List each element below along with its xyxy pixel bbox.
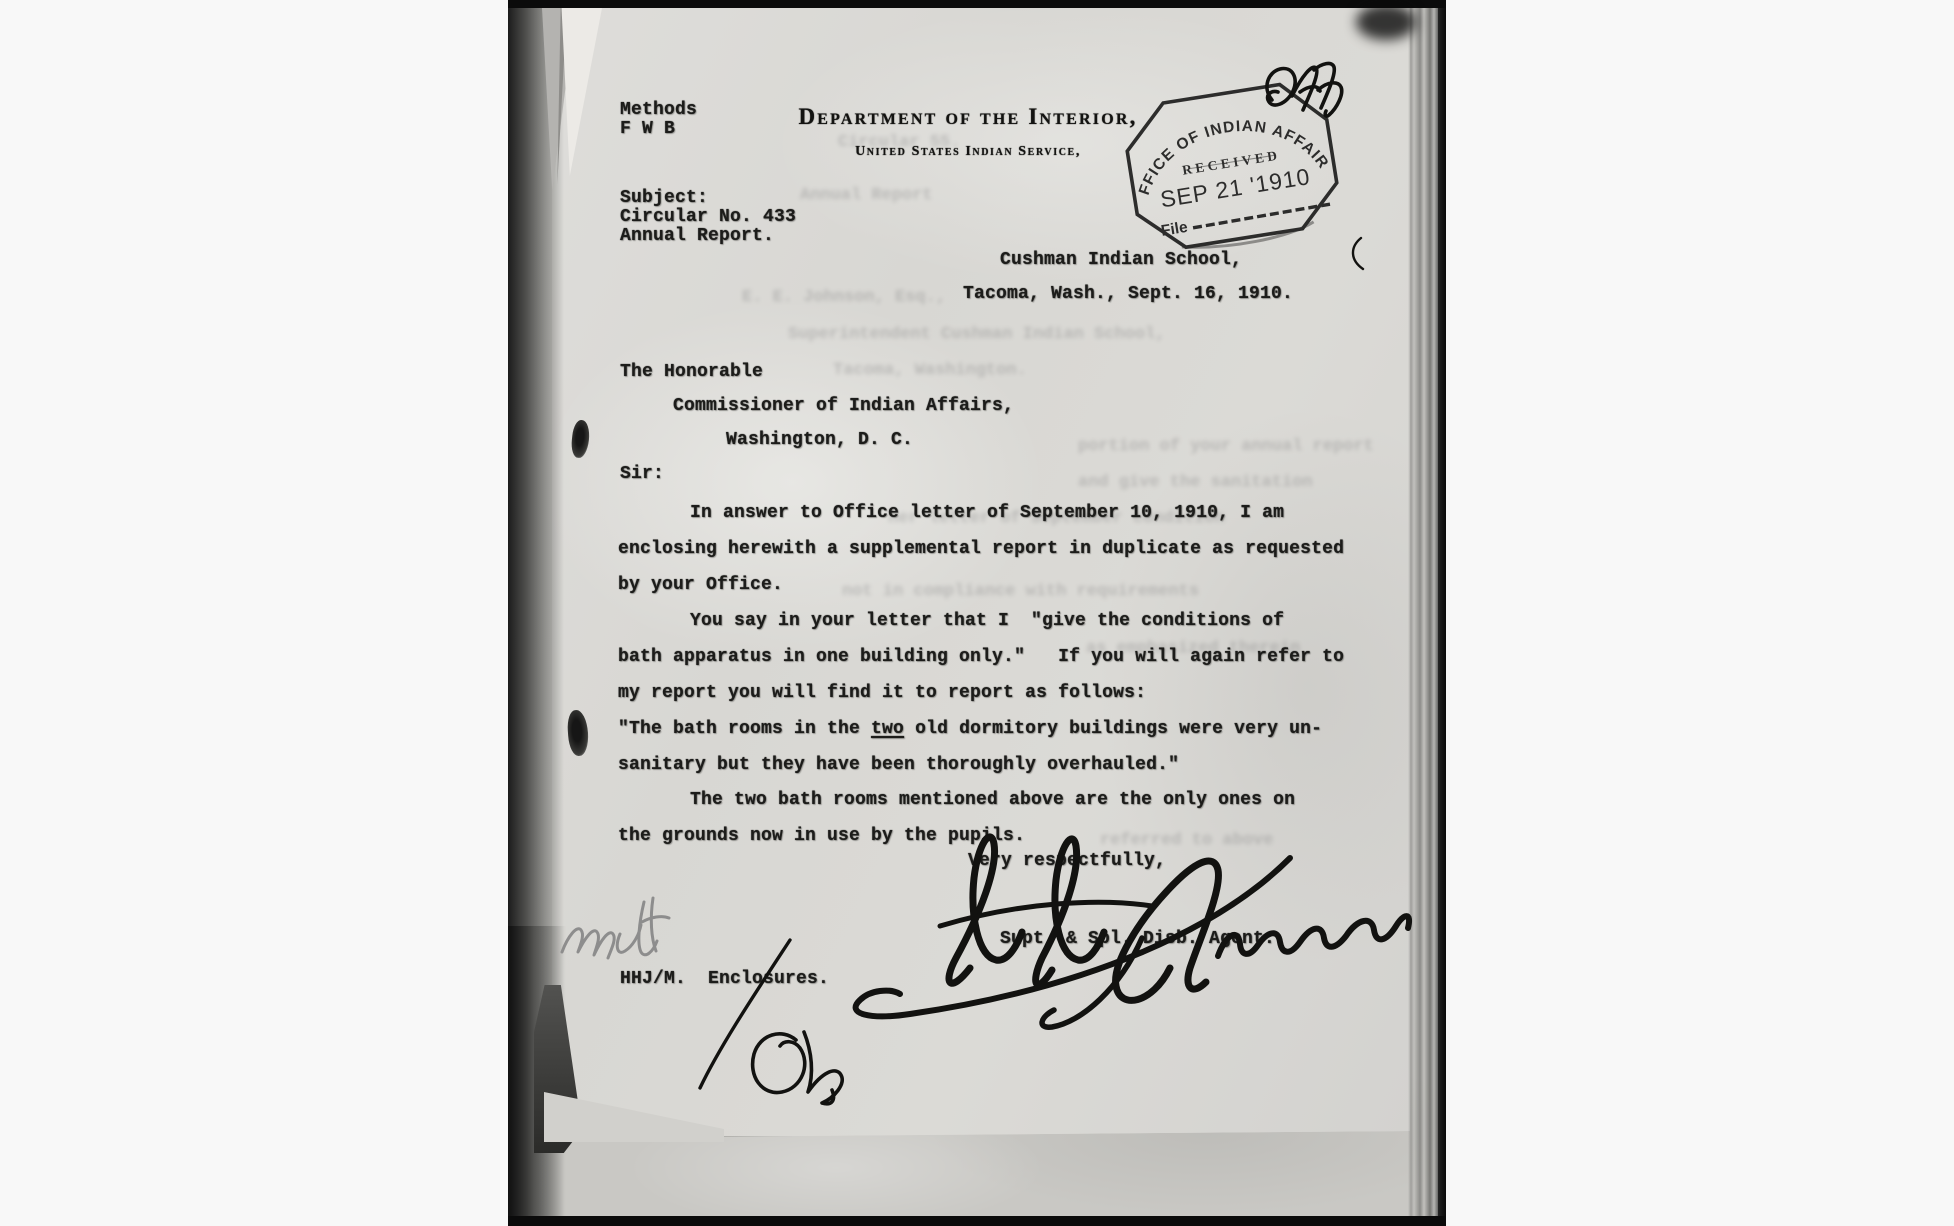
body-line: The two bath rooms mentioned above are t…: [690, 790, 1295, 811]
body-line: In answer to Office letter of September …: [690, 503, 1284, 524]
top-right-corner-shadow: [1356, 4, 1416, 40]
address-line-1: The Honorable: [620, 362, 763, 383]
ok-mark: [636, 912, 866, 1112]
salutation: Sir:: [620, 464, 664, 485]
routing-line-1: Methods: [620, 100, 697, 121]
scanned-letter-page: { "letter": { "routing": { "line1": "Met…: [0, 0, 1954, 1226]
ghost-line: portion of your annual report: [1078, 437, 1374, 456]
signature: [790, 818, 1430, 1048]
subject-line-2: Annual Report.: [620, 226, 774, 247]
ghost-line: not in compliance with requirements: [842, 582, 1199, 601]
scan-frame-top: [508, 0, 1446, 8]
subject-label: Subject:: [620, 188, 708, 209]
stamp-file-label: File: [1160, 219, 1189, 240]
body-line: bath apparatus in one building only." If…: [618, 647, 1344, 668]
letterhead-service: United States Indian Service,: [778, 144, 1158, 160]
address-line-2: Commissioner of Indian Affairs,: [673, 396, 1014, 417]
ghost-line: Superintendent Cushman Indian School,: [788, 325, 1165, 344]
ghost-line: Annual Report: [800, 186, 933, 205]
subject-line-1: Circular No. 433: [620, 207, 796, 228]
body-line: You say in your letter that I "give the …: [690, 611, 1284, 632]
stray-pen-mark: [1346, 234, 1370, 274]
address-line-3: Washington, D. C.: [726, 430, 913, 451]
ghost-line: and give the sanitation: [1078, 473, 1313, 492]
dateline-date: Tacoma, Wash., Sept. 16, 1910.: [963, 284, 1293, 305]
routing-line-2: F W B: [620, 119, 675, 140]
ghost-line: E. E. Johnson, Esq.,: [742, 288, 946, 307]
dateline-school: Cushman Indian School,: [1000, 250, 1242, 271]
document-scan: Circular 55. Annual Report E. E. Johnson…: [508, 0, 1446, 1226]
underlined-word: two: [871, 719, 904, 739]
letterhead-department: Department of the Interior,: [778, 104, 1158, 130]
body-line: by your Office.: [618, 575, 783, 596]
scan-frame-bottom: [508, 1216, 1446, 1226]
handwritten-initials: [1256, 58, 1361, 133]
body-line-quote: "The bath rooms in the two old dormitory…: [618, 719, 1322, 740]
ghost-line: Tacoma, Washington.: [833, 361, 1027, 380]
body-line: my report you will find it to report as …: [618, 683, 1146, 704]
body-line: enclosing herewith a supplemental report…: [618, 539, 1344, 560]
body-line: sanitary but they have been thoroughly o…: [618, 755, 1179, 776]
